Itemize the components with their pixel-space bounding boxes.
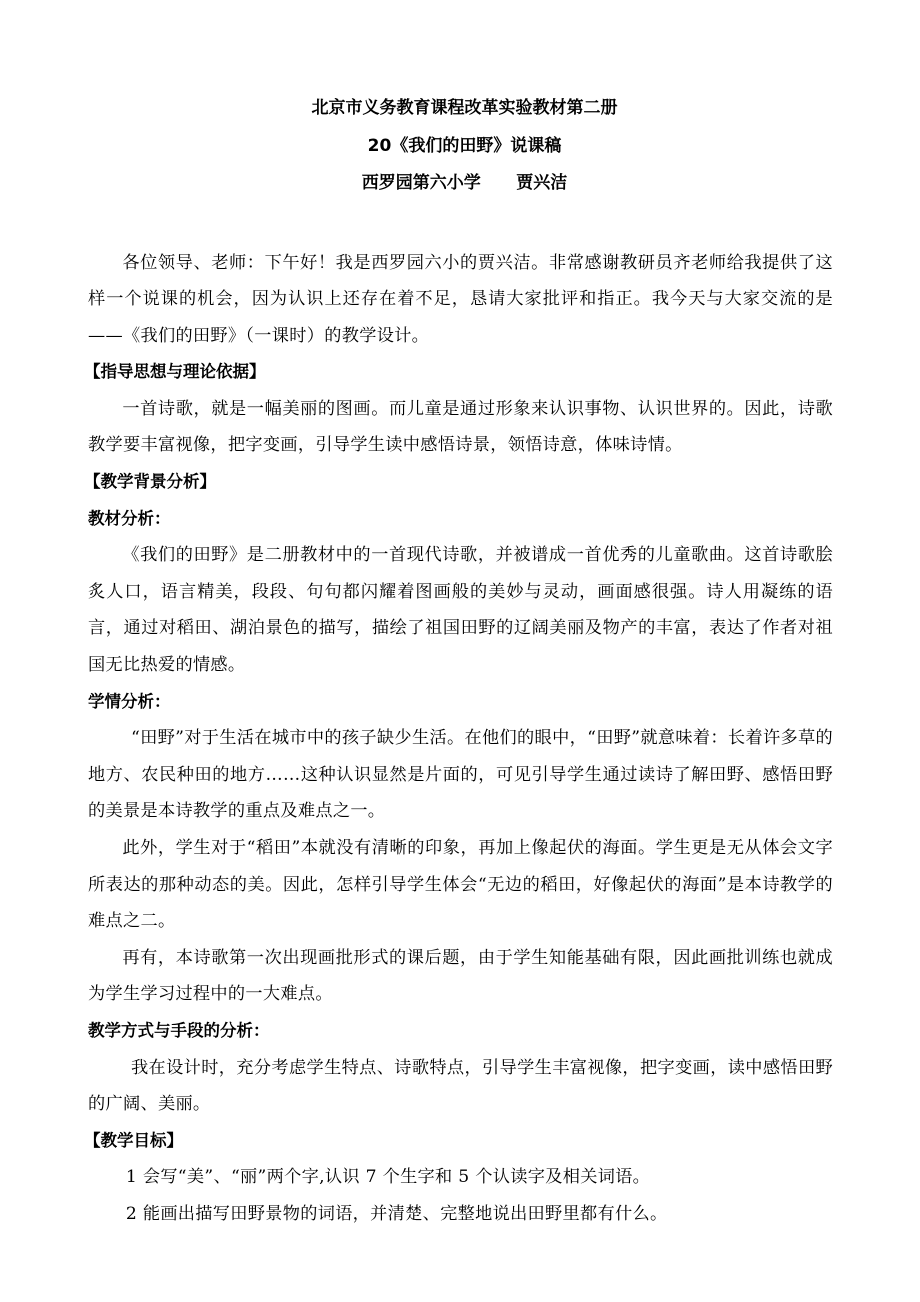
- intro-paragraph: 各位领导、老师：下午好！我是西罗园六小的贾兴洁。非常感谢教研员齐老师给我提供了这…: [88, 245, 833, 355]
- guiding-theory-paragraph: 一首诗歌，就是一幅美丽的图画。而儿童是通过形象来认识事物、认识世界的。因此，诗歌…: [88, 391, 833, 464]
- teaching-methods-paragraph: 我在设计时，充分考虑学生特点、诗歌特点，引导学生丰富视像，把字变画，读中感悟田野…: [88, 1050, 833, 1123]
- section-heading-guiding-theory: 【指导思想与理论依据】: [84, 354, 833, 391]
- title-block: 北京市义务教育课程改革实验教材第二册 20《我们的田野》说课稿 西罗园第六小学 …: [96, 90, 833, 203]
- subheading-teaching-methods: 教学方式与手段的分析：: [88, 1013, 833, 1050]
- document-page: 北京市义务教育课程改革实验教材第二册 20《我们的田野》说课稿 西罗园第六小学 …: [88, 90, 833, 1233]
- school-and-author: 西罗园第六小学 贾兴洁: [96, 165, 833, 203]
- subheading-textbook-analysis: 教材分析：: [88, 501, 833, 538]
- document-body: 各位领导、老师：下午好！我是西罗园六小的贾兴洁。非常感谢教研员齐老师给我提供了这…: [88, 245, 833, 1233]
- textbook-analysis-paragraph: 《我们的田野》是二册教材中的一首现代诗歌，并被谱成一首优秀的儿童歌曲。这首诗歌脍…: [88, 537, 833, 683]
- section-heading-background-analysis: 【教学背景分析】: [84, 464, 833, 501]
- lesson-title: 20《我们的田野》说课稿: [96, 128, 833, 166]
- textbook-series-title: 北京市义务教育课程改革实验教材第二册: [96, 90, 833, 128]
- section-heading-teaching-goals: 【教学目标】: [84, 1123, 833, 1160]
- student-analysis-paragraph-2: 此外，学生对于“稻田”本就没有清晰的印象，再加上像起伏的海面。学生更是无从体会文…: [88, 830, 833, 940]
- student-analysis-paragraph-1: “田野”对于生活在城市中的孩子缺少生活。在他们的眼中，“田野”就意味着：长着许多…: [88, 720, 833, 830]
- student-analysis-paragraph-3: 再有，本诗歌第一次出现画批形式的课后题，由于学生知能基础有限，因此画批训练也就成…: [88, 940, 833, 1013]
- subheading-student-analysis: 学情分析：: [88, 684, 833, 721]
- teaching-goal-1: 1 会写“美”、“丽”两个字,认识 7 个生字和 5 个认读字及相关词语。: [88, 1159, 833, 1196]
- teaching-goal-2: 2 能画出描写田野景物的词语，并清楚、完整地说出田野里都有什么。: [88, 1196, 833, 1233]
